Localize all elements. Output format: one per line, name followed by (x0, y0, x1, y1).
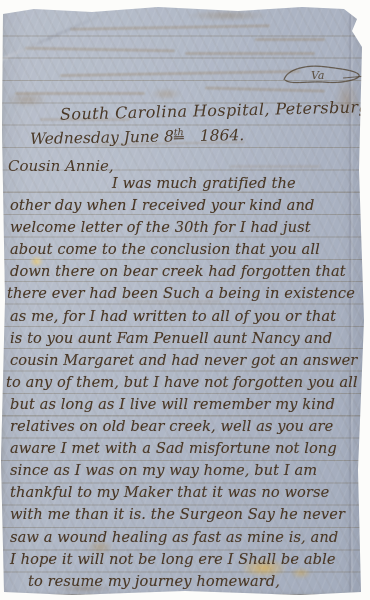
letter-line: I hope it will not be long ere I Shall b… (10, 549, 368, 571)
letter-line: other day when I received your kind and (10, 195, 368, 217)
letter-line: I was much gratified the (112, 173, 368, 195)
bleedthrough-streak (60, 70, 300, 77)
letter-line: aware I met with a Sad misfortune not lo… (10, 438, 368, 460)
stain-spot (185, 10, 270, 21)
date-text: Wednesday June 8 (30, 128, 174, 149)
letter-body: I was much gratified theother day when I… (10, 173, 368, 593)
letter-line: but as long as I live will remember my k… (10, 394, 368, 416)
bleedthrough-streak (70, 24, 270, 30)
letter-line: with me than it is. the Surgeon Say he n… (10, 504, 368, 526)
letter-line: down there on bear creek had forgotten t… (10, 261, 368, 283)
letter-heading-date: Wednesday June 8th1864. (30, 126, 244, 148)
stain-spot (6, 92, 48, 107)
letter-line: since as I was on my way home, but I am (10, 460, 368, 482)
bleedthrough-streak (25, 47, 175, 52)
date-year: 1864. (200, 126, 245, 145)
bleedthrough-streak (185, 52, 315, 55)
letter-line: to resume my journey homeward, (28, 571, 368, 593)
letter-line: as me, for I had written to all of you o… (10, 306, 368, 328)
letter-line: is to you aunt Fam Penuell aunt Nancy an… (10, 328, 368, 350)
letter-line: thankful to my Maker that it was no wors… (10, 482, 368, 504)
letter-line: cousin Margaret and had never got an ans… (10, 350, 368, 372)
paper-crease (0, 10, 111, 66)
letter-line: about come to the conclusion that you al… (10, 239, 368, 261)
letter-heading-place: South Carolina Hospital, Petersburg (60, 97, 369, 124)
letter-line: relatives on old bear creek, well as you… (10, 416, 368, 438)
letter-paper-sheet: Va South Carolina Hospital, Petersburg W… (0, 0, 370, 600)
bleedthrough-streak (255, 38, 325, 41)
corner-flourish-mark: Va (281, 62, 365, 90)
letter-line: welcome letter of the 30th for I had jus… (10, 217, 368, 239)
corner-mark-text: Va (311, 69, 325, 82)
date-ordinal-suffix: th (174, 127, 184, 138)
letter-line: there ever had been Such a being in exis… (7, 283, 368, 305)
letter-line: to any of them, but I have not forgotten… (6, 372, 368, 394)
scanned-letter-page: { "document": { "corner_mark": "Va", "he… (0, 0, 370, 600)
letter-line: saw a wound healing as fast as mine is, … (10, 527, 368, 549)
bleedthrough-streak (230, 165, 320, 168)
stain-spot (150, 88, 182, 100)
